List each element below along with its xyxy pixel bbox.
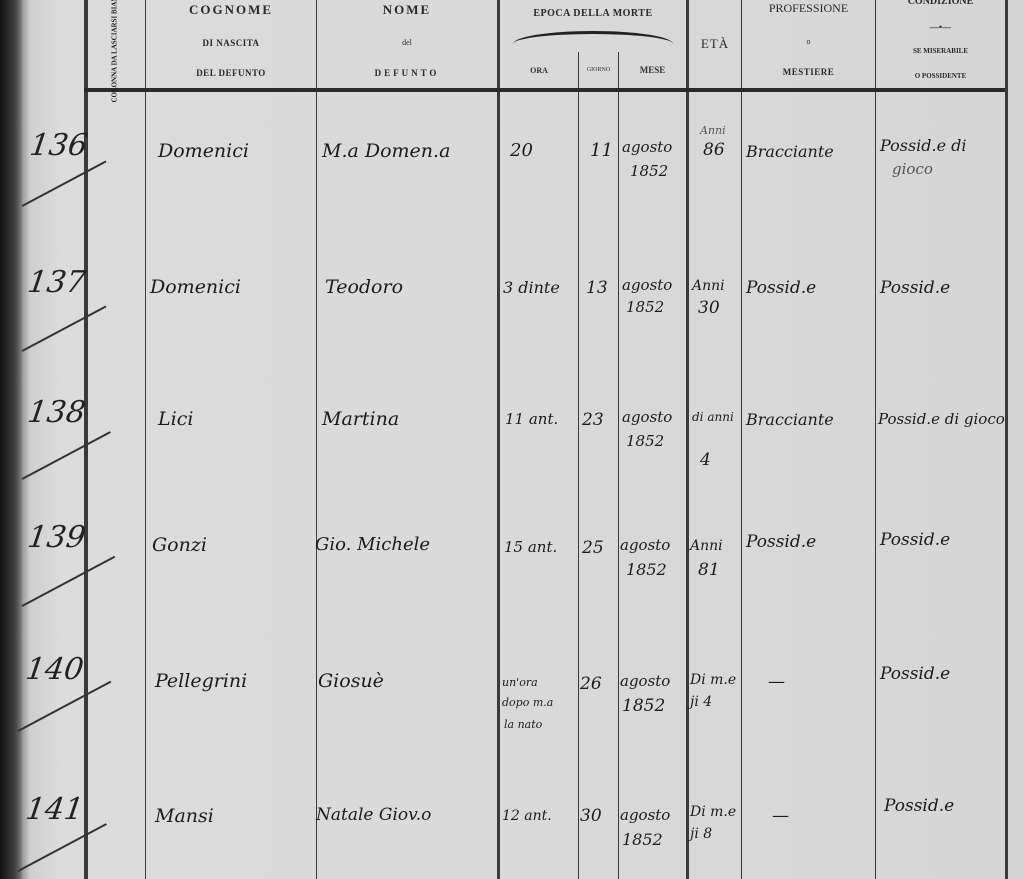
surname: Domenici	[158, 140, 249, 162]
death-year: 1852	[626, 560, 667, 579]
death-month: agosto	[622, 138, 672, 156]
death-year: 1852	[622, 830, 663, 849]
grid-line	[618, 52, 619, 879]
surname: Mansi	[155, 805, 214, 827]
death-day: 25	[582, 538, 604, 558]
given-name: Natale Giov.o	[316, 805, 431, 825]
surname: Pellegrini	[155, 670, 247, 692]
header-day: GIORNO	[579, 52, 618, 88]
header-rule	[84, 88, 1005, 92]
header-name-sub: del	[402, 38, 412, 47]
header-surname-sub: DI NASCITA	[202, 38, 259, 48]
entry-tick	[22, 556, 115, 607]
death-hour: 12 ant.	[502, 808, 552, 824]
age-label: Di m.e	[690, 804, 736, 820]
condition: Possid.e di gioco	[878, 410, 1005, 428]
entry-tick	[22, 160, 107, 206]
age: 86	[703, 140, 725, 160]
header-surname: COGNOME DI NASCITA DEL DEFUNTO	[146, 0, 316, 88]
death-hour: 3 dinte	[503, 278, 560, 297]
given-name: Martina	[322, 408, 399, 430]
given-name: Giosuè	[318, 670, 384, 692]
dash-ornament: —•—	[930, 24, 951, 30]
death-month: agosto	[620, 672, 670, 690]
entry-number: 138	[26, 395, 88, 430]
entry-number: 136	[28, 128, 90, 163]
header-blank-column: COLONNA DA LASCIARSI BIANCA	[88, 2, 143, 86]
header-condition-sub: SE MISERABILE	[913, 47, 968, 55]
header-death-date: EPOCA DELLA MORTE	[500, 0, 686, 52]
entry-tick	[18, 823, 107, 871]
death-year: 1852	[626, 298, 664, 316]
death-day: 30	[580, 806, 602, 826]
death-year: 1852	[630, 162, 668, 180]
condition: Possid.e di	[880, 136, 967, 155]
grid-line	[578, 52, 579, 879]
header-name-title: NOME	[383, 2, 431, 18]
header-blank-label: COLONNA DA LASCIARSI BIANCA	[111, 0, 120, 102]
death-hour: un'ora	[502, 676, 538, 689]
death-month: agosto	[620, 806, 670, 824]
entry-number: 137	[26, 265, 88, 300]
profession: Bracciante	[746, 142, 834, 161]
header-condition-sub2: O POSSIDENTE	[915, 72, 967, 80]
profession: —	[772, 806, 789, 826]
surname: Lici	[158, 408, 193, 430]
death-year: 1852	[626, 432, 664, 450]
age-label: Di m.e	[690, 672, 736, 688]
header-profession: PROFESSIONE o MESTIERE	[742, 0, 875, 88]
grid-line	[497, 0, 500, 879]
death-month: agosto	[622, 408, 672, 426]
entry-number: 140	[24, 652, 86, 687]
header-surname-sub2: DEL DEFUNTO	[196, 68, 266, 78]
condition: Possid.e	[884, 796, 954, 816]
age-label: Anni	[700, 124, 726, 137]
death-day: 23	[582, 410, 604, 430]
header-age: ETÀ	[689, 0, 741, 88]
entry-number: 139	[26, 520, 88, 555]
age: 81	[698, 560, 720, 580]
condition: Possid.e	[880, 664, 950, 684]
given-name: Gio. Michele	[315, 534, 430, 555]
grid-line	[145, 0, 146, 879]
profession: Bracciante	[746, 410, 834, 429]
age-label: Anni	[690, 538, 723, 554]
surname: Gonzi	[152, 534, 207, 556]
header-surname-title: COGNOME	[189, 2, 273, 18]
header-month: MESE	[619, 52, 686, 88]
header-name: NOME del DEFUNTO	[317, 0, 497, 88]
age: 30	[698, 298, 720, 318]
register-page: COLONNA DA LASCIARSI BIANCA COGNOME DI N…	[0, 0, 1024, 879]
condition: Possid.e	[880, 278, 950, 298]
header-death-date-title: EPOCA DELLA MORTE	[533, 8, 652, 19]
book-spine-shadow	[0, 0, 22, 879]
page-right-border	[1005, 0, 1024, 879]
grid-line	[741, 0, 742, 879]
death-day: 26	[580, 674, 602, 694]
death-day: 11	[590, 140, 613, 161]
header-age-title: ETÀ	[701, 36, 729, 52]
age: 4	[700, 450, 711, 470]
death-month: agosto	[622, 276, 672, 294]
age-label: di anni	[692, 410, 734, 424]
surname: Domenici	[150, 276, 241, 298]
age: ji 4	[690, 694, 712, 710]
given-name: Teodoro	[325, 276, 403, 298]
death-hour-line3: la nato	[504, 718, 542, 731]
entry-tick	[22, 305, 107, 351]
header-profession-sub2: MESTIERE	[783, 67, 835, 77]
header-profession-title: PROFESSIONE	[769, 1, 848, 16]
grid-line	[316, 0, 317, 879]
header-condition-title: CONDIZIONE	[908, 0, 974, 7]
death-hour: 11 ant.	[505, 410, 558, 428]
grid-line	[686, 0, 689, 879]
entry-number: 141	[24, 792, 86, 827]
death-month: agosto	[620, 536, 670, 554]
condition: Possid.e	[880, 530, 950, 550]
age-label: Anni	[692, 278, 725, 294]
header-condition: CONDIZIONE —•— SE MISERABILE O POSSIDENT…	[876, 0, 1005, 88]
given-name: M.a Domen.a	[322, 140, 450, 162]
death-hour: 20	[510, 140, 533, 161]
profession: —	[768, 672, 785, 692]
death-hour-line2: dopo m.a	[502, 696, 553, 709]
header-name-sub2: DEFUNTO	[375, 68, 440, 78]
grid-line	[875, 0, 876, 879]
age: ji 8	[690, 826, 712, 842]
header-profession-sub: o	[807, 37, 811, 46]
death-day: 13	[586, 278, 608, 298]
death-hour: 15 ant.	[504, 538, 557, 556]
death-year: 1852	[622, 696, 665, 716]
header-hour: ORA	[500, 52, 578, 88]
entry-tick	[18, 681, 111, 732]
profession: Possid.e	[746, 278, 816, 298]
condition-extra: gioco	[892, 160, 933, 178]
entry-tick	[22, 431, 111, 479]
brace-ornament	[513, 31, 673, 44]
profession: Possid.e	[746, 532, 816, 552]
